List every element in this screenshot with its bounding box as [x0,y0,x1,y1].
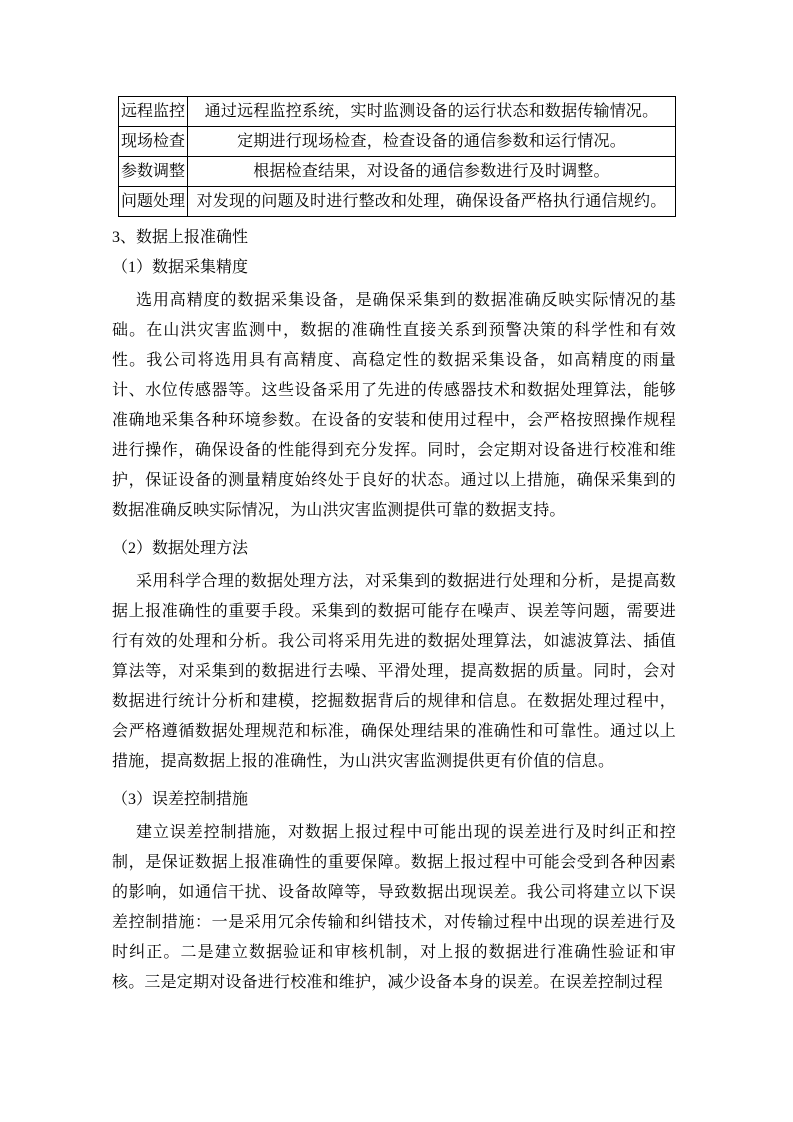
subsection-heading-data-collection-precision: （1）数据采集精度 [112,253,676,283]
row-label: 远程监控 [119,97,188,127]
paragraph-data-processing-method: 采用科学合理的数据处理方法，对采集到的数据进行处理和分析，是提高数据上报准确性的… [112,567,676,777]
subsection-heading-data-processing-method: （2）数据处理方法 [112,534,676,564]
paragraph-data-collection-precision: 选用高精度的数据采集设备，是确保采集到的数据准确反映实际情况的基础。在山洪灾害监… [112,286,676,526]
row-label: 问题处理 [119,187,188,217]
document-page: 远程监控 通过远程监控系统，实时监测设备的运行状态和数据传输情况。 现场检查 定… [0,0,793,1122]
subsection-heading-error-control-measures: （3）误差控制措施 [112,785,676,815]
section-heading: 3、数据上报准确性 [112,223,676,253]
document-content: 远程监控 通过远程监控系统，实时监测设备的运行状态和数据传输情况。 现场检查 定… [112,96,676,998]
row-label: 现场检查 [119,127,188,157]
row-label: 参数调整 [119,157,188,187]
row-description: 通过远程监控系统，实时监测设备的运行状态和数据传输情况。 [188,97,676,127]
table-row: 参数调整 根据检查结果，对设备的通信参数进行及时调整。 [119,157,676,187]
table-row: 远程监控 通过远程监控系统，实时监测设备的运行状态和数据传输情况。 [119,97,676,127]
row-description: 对发现的问题及时进行整改和处理，确保设备严格执行通信规约。 [188,187,676,217]
paragraph-error-control-measures: 建立误差控制措施，对数据上报过程中可能出现的误差进行及时纠正和控制，是保证数据上… [112,818,676,998]
table-row: 现场检查 定期进行现场检查，检查设备的通信参数和运行情况。 [119,127,676,157]
maintenance-measures-table: 远程监控 通过远程监控系统，实时监测设备的运行状态和数据传输情况。 现场检查 定… [118,96,676,217]
row-description: 定期进行现场检查，检查设备的通信参数和运行情况。 [188,127,676,157]
table-row: 问题处理 对发现的问题及时进行整改和处理，确保设备严格执行通信规约。 [119,187,676,217]
row-description: 根据检查结果，对设备的通信参数进行及时调整。 [188,157,676,187]
